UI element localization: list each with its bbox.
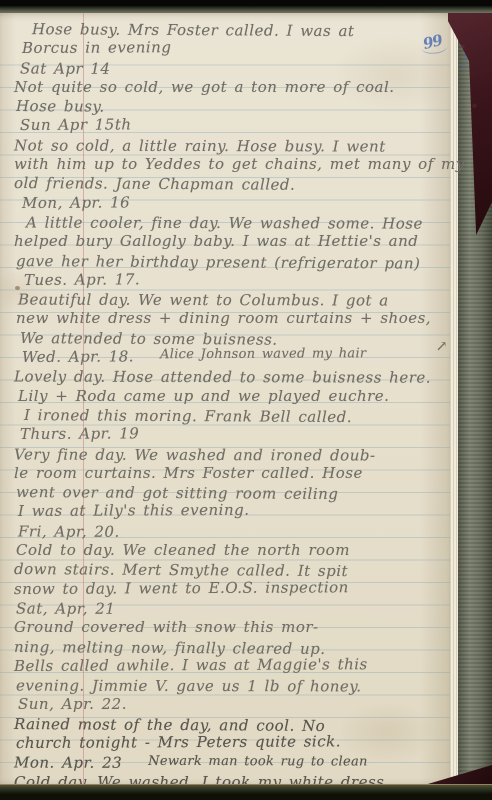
handwritten-text: with him up to Yeddes to get chains, met… xyxy=(14,155,465,173)
handwritten-text: Bells called awhile. I was at Maggie's t… xyxy=(14,655,368,675)
journal-line: with him up to Yeddes to get chains, met… xyxy=(14,155,448,174)
insertion-arrow-icon: ↗ xyxy=(436,339,448,355)
journal-line: A little cooler, fine day. We washed som… xyxy=(14,213,448,233)
handwritten-text: Lily + Roda came up and we played euchre… xyxy=(18,387,389,405)
handwritten-text: Cold to day. We cleaned the north room xyxy=(16,541,350,559)
handwritten-text: Lovely day. Hose attended to some buisne… xyxy=(14,368,431,387)
handwritten-text: I was at Lily's this evening. xyxy=(18,501,250,520)
journal-line: Borcus in evening xyxy=(14,37,448,59)
handwritten-text: Ground covered with snow this mor- xyxy=(14,618,319,636)
journal-line: Cold to day. We cleaned the north room xyxy=(14,541,448,560)
handwritten-text: Fri, Apr, 20. xyxy=(18,522,120,540)
journal-line: Not quite so cold, we got a ton more of … xyxy=(14,78,448,97)
journal-line-date: Sun Apr 15th xyxy=(14,114,448,136)
handwritten-text: Sat Apr 14 xyxy=(20,59,111,77)
journal-line: Very fine day. We washed and ironed doub… xyxy=(14,445,448,465)
handwritten-text: Thurs. Apr. 19 xyxy=(20,425,139,444)
book-cover-top-edge xyxy=(0,0,492,13)
handwritten-text: Tues. Apr. 17. xyxy=(24,270,140,289)
handwritten-text: ning, melting now, finally cleared up. xyxy=(14,638,326,658)
handwritten-text: Very fine day. We washed and ironed doub… xyxy=(14,445,376,464)
inserted-note: Alice Johnson waved my hair xyxy=(160,346,366,362)
journal-line-date: Sun, Apr. 22. xyxy=(14,695,448,714)
journal-line-date: Sat, Apr, 21 xyxy=(14,599,448,619)
handwritten-text: Hose busy. xyxy=(16,97,105,116)
journal-line-date: Sat Apr 14 xyxy=(14,59,448,79)
handwritten-text: Wed. Apr. 18. xyxy=(22,347,134,366)
journal-line: Beautiful day. We went to Columbus. I go… xyxy=(14,291,448,311)
handwritten-text: A little cooler, fine day. We washed som… xyxy=(26,214,423,233)
journal-line-date: Wed. Apr. 18.Alice Johnson waved my hair… xyxy=(14,346,448,368)
handwritten-text: church tonight - Mrs Peters quite sick. xyxy=(16,732,341,752)
handwritten-text: le room curtains. Mrs Foster called. Hos… xyxy=(14,464,363,482)
handwritten-text: snow to day. I went to E.O.S. inspection xyxy=(14,578,349,598)
handwritten-text: Borcus in evening xyxy=(22,38,172,57)
journal-line: Lily + Roda came up and we played euchre… xyxy=(14,387,448,406)
handwritten-text: Sun Apr 15th xyxy=(20,116,132,135)
journal-lines: Hose busy. Mrs Foster called. I was atBo… xyxy=(14,20,448,792)
journal-line-date: Mon, Apr. 16 xyxy=(14,191,448,213)
handwritten-text: Mon, Apr. 16 xyxy=(22,193,130,212)
journal-line: le room curtains. Mrs Foster called. Hos… xyxy=(14,464,448,483)
handwritten-text: Sun, Apr. 22. xyxy=(18,695,127,713)
handwritten-text: Not quite so cold, we got a ton more of … xyxy=(14,78,395,96)
journal-line: evening. Jimmie V. gave us 1 lb of honey… xyxy=(14,677,448,697)
handwritten-text: We attended to some buisness. xyxy=(20,329,278,349)
handwritten-text: Rained most of the day, and cool. No xyxy=(14,715,325,735)
journal-line-date: Thurs. Apr. 19 xyxy=(14,423,448,445)
handwritten-text: down stairs. Mert Smythe called. It spit xyxy=(14,560,348,580)
handwritten-text: Not so cold, a little rainy. Hose busy. … xyxy=(14,136,386,155)
journal-line: helped bury Gallogly baby. I was at Hett… xyxy=(14,232,448,251)
journal-line: Bells called awhile. I was at Maggie's t… xyxy=(14,655,448,677)
journal-line: church tonight - Mrs Peters quite sick. xyxy=(14,732,448,754)
journal-page: 99 Hose busy. Mrs Foster called. I was a… xyxy=(0,13,450,786)
journal-line-date: Fri, Apr, 20. xyxy=(14,522,448,542)
handwritten-text: old friends. Jane Chapman called. xyxy=(14,174,295,194)
journal-line: I was at Lily's this evening. xyxy=(14,500,448,522)
journal-book-photo: 99 Hose busy. Mrs Foster called. I was a… xyxy=(0,0,492,800)
handwritten-text: evening. Jimmie V. gave us 1 lb of honey… xyxy=(16,677,362,696)
handwritten-text: Mon. Apr. 23 xyxy=(14,754,122,772)
journal-line-date: Tues. Apr. 17. xyxy=(14,269,448,291)
journal-line: Lovely day. Hose attended to some buisne… xyxy=(14,368,448,388)
journal-line: new white dress + dining room curtains +… xyxy=(14,309,448,328)
handwritten-text: Beautiful day. We went to Columbus. I go… xyxy=(18,291,389,310)
handwritten-text: helped bury Gallogly baby. I was at Hett… xyxy=(14,232,418,250)
journal-line: Not so cold, a little rainy. Hose busy. … xyxy=(14,136,448,156)
journal-line: Ground covered with snow this mor- xyxy=(14,618,448,637)
book-cover-bottom-edge xyxy=(0,784,492,800)
handwritten-text: new white dress + dining room curtains +… xyxy=(16,309,431,327)
handwritten-text: Sat, Apr, 21 xyxy=(16,599,115,617)
inserted-note: Newark man took rug to clean xyxy=(148,754,368,770)
journal-line-date: Mon. Apr. 23Newark man took rug to clean xyxy=(14,754,448,774)
journal-line: snow to day. I went to E.O.S. inspection xyxy=(14,577,448,599)
